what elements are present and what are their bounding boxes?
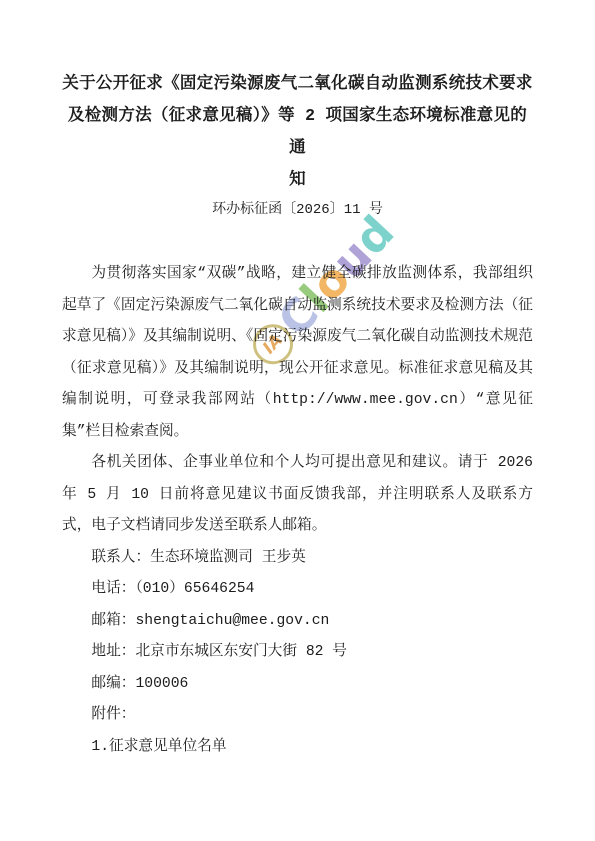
contact-address: 地址：北京市东城区东安门大街 82 号 xyxy=(62,637,533,669)
attachment-item-1: 1.征求意见单位名单 xyxy=(62,732,533,764)
title-line-1: 关于公开征求《固定污染源废气二氧化碳自动监测系统技术要求 xyxy=(62,68,533,100)
paragraph-background: 为贯彻落实国家“双碳”战略，建立健全碳排放监测体系，我部组织起草了《固定污染源废… xyxy=(62,259,533,448)
contact-postcode: 邮编：100006 xyxy=(62,669,533,701)
title-line-2: 及检测方法（征求意见稿）》等 2 项国家生态环境标准意见的通 xyxy=(62,100,533,164)
paragraph-feedback-instructions: 各机关团体、企事业单位和个人均可提出意见和建议。请于 2026 年 5 月 10… xyxy=(62,448,533,543)
title-line-3: 知 xyxy=(62,164,533,196)
document-content: 关于公开征求《固定污染源废气二氧化碳自动监测系统技术要求 及检测方法（征求意见稿… xyxy=(0,0,595,763)
document-page: IA C l o u d 关于公开征求《固定污染源废气二氧化碳自动监测系统技术要… xyxy=(0,0,595,841)
attachment-label: 附件： xyxy=(62,700,533,732)
contact-email: 邮箱：shengtaichu@mee.gov.cn xyxy=(62,606,533,638)
document-title: 关于公开征求《固定污染源废气二氧化碳自动监测系统技术要求 及检测方法（征求意见稿… xyxy=(62,0,533,196)
contact-phone: 电话：（010）65646254 xyxy=(62,574,533,606)
doc-number: 环办标征函〔2026〕11 号 xyxy=(62,196,533,224)
contact-person: 联系人：生态环境监测司 王步英 xyxy=(62,543,533,575)
